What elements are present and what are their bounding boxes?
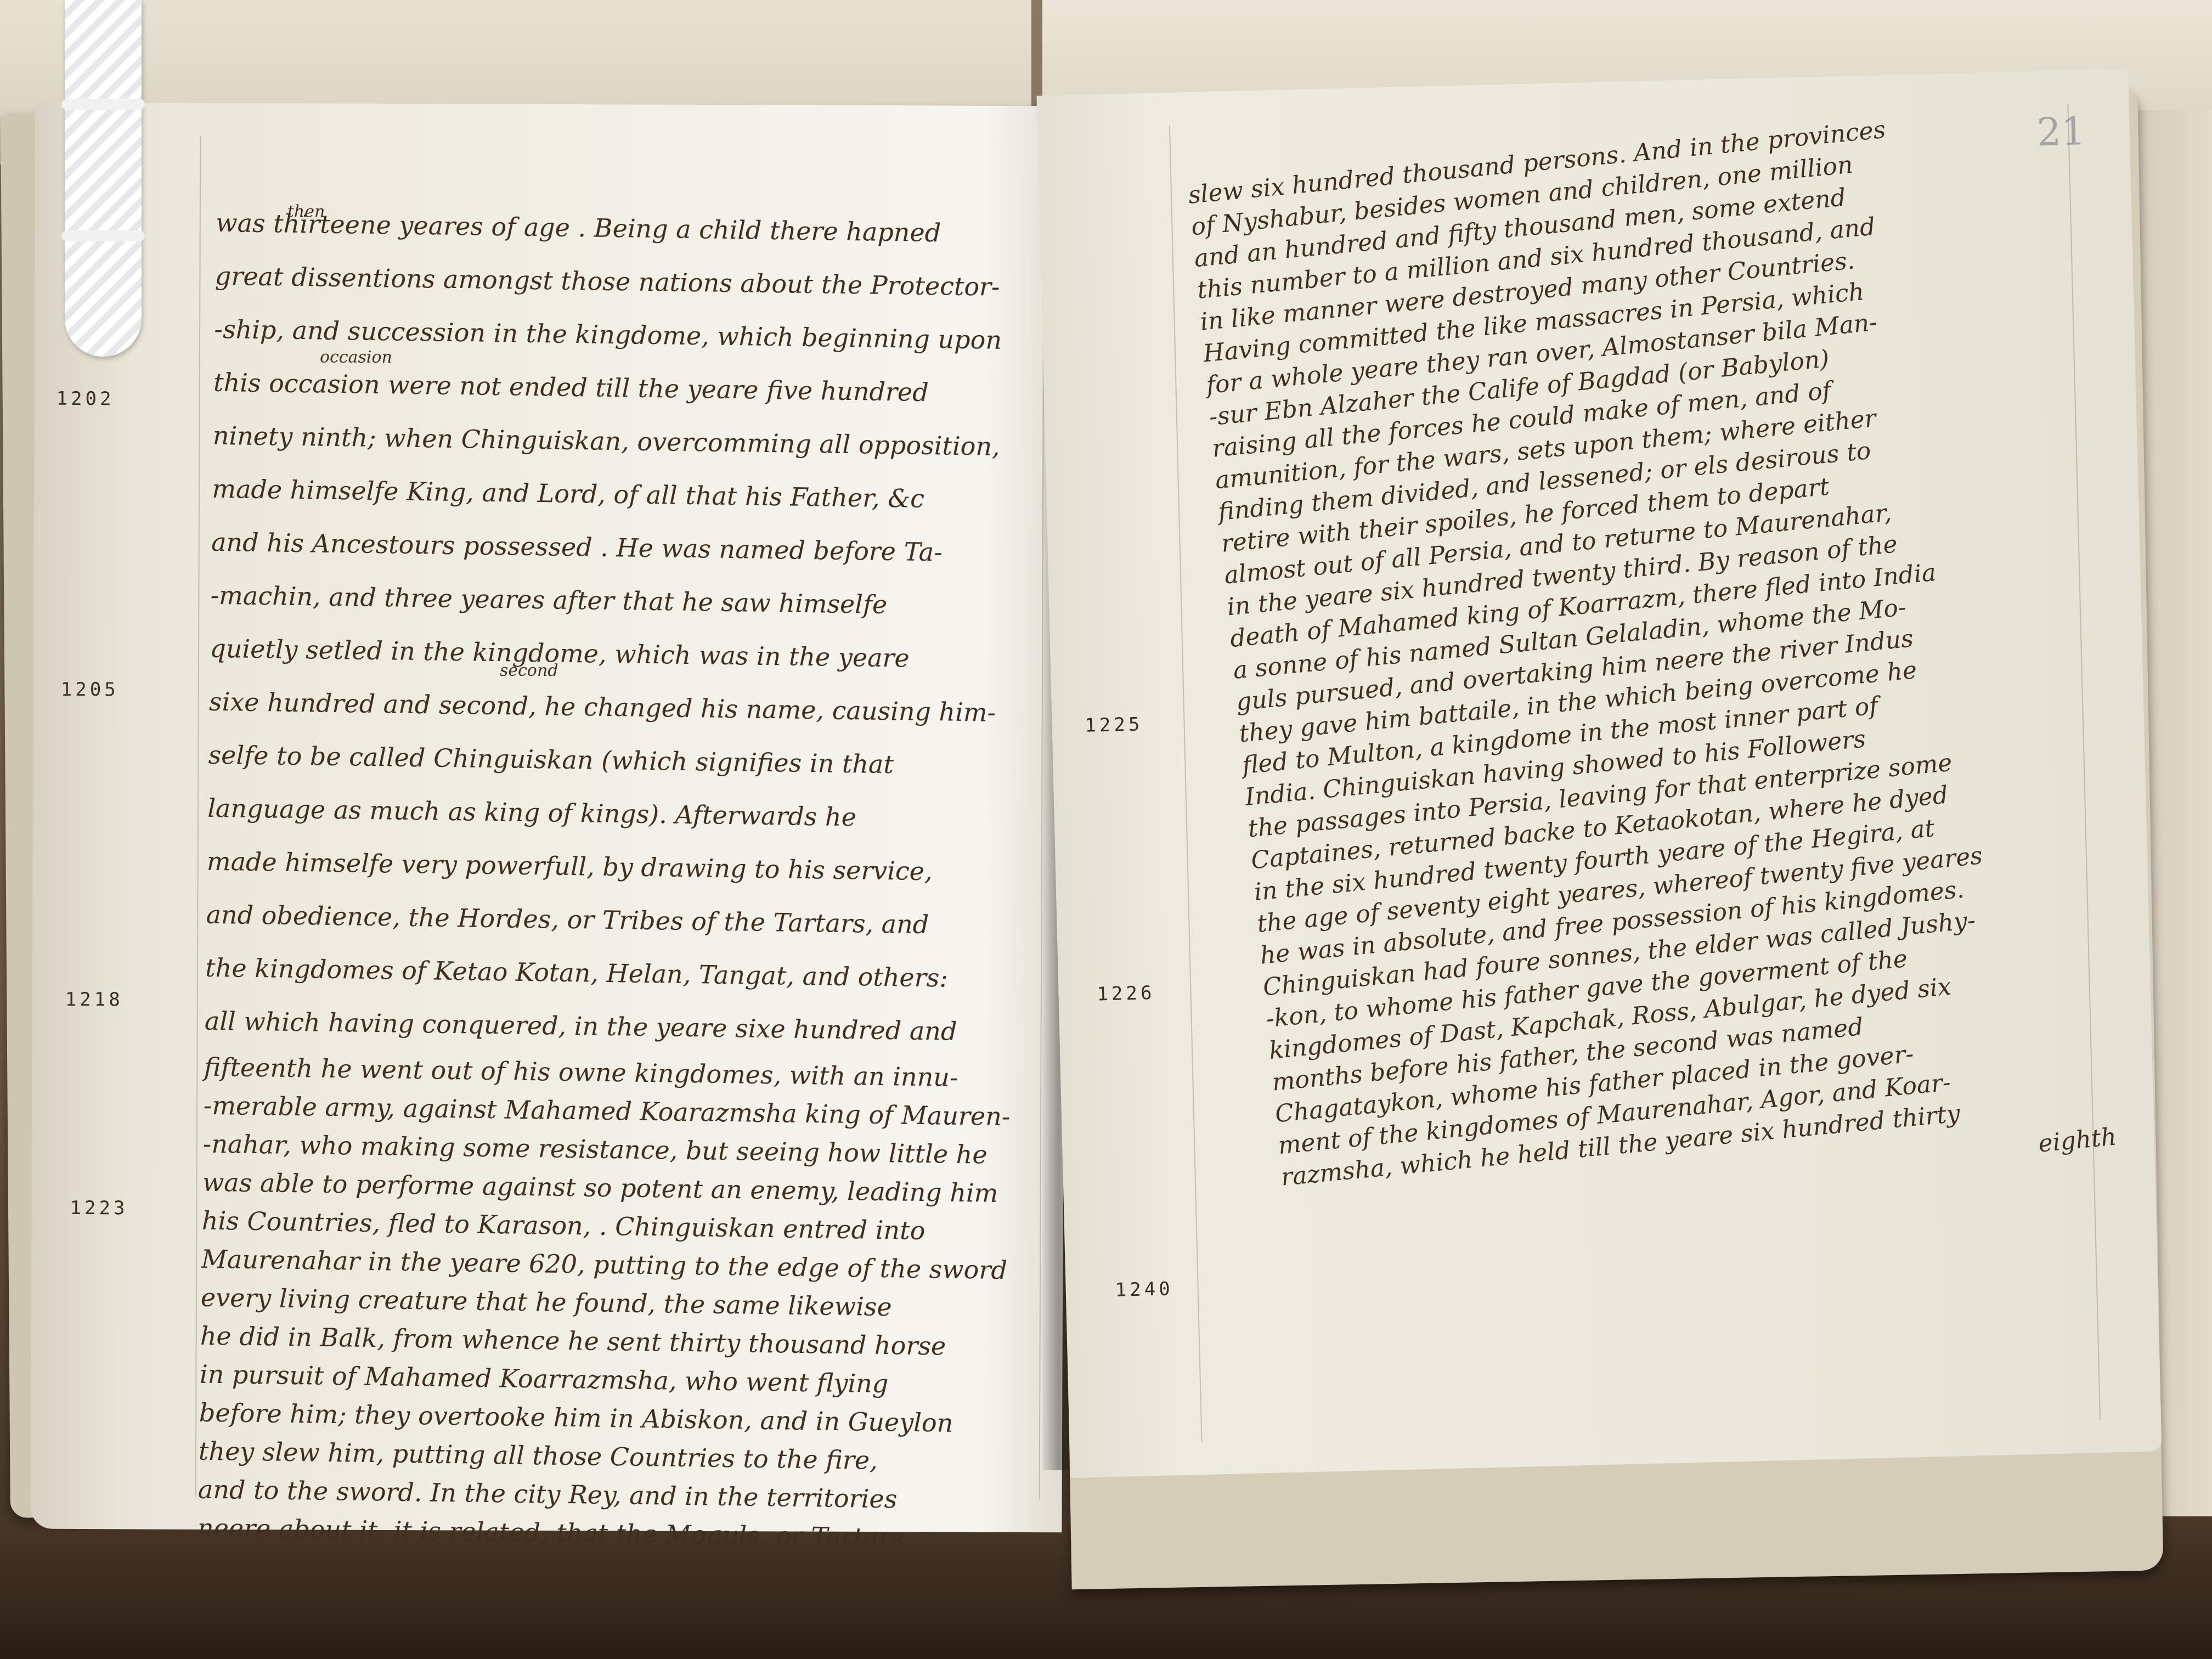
margin-year: 1205 (61, 679, 119, 701)
margin-year: 1240 (1115, 1278, 1173, 1301)
margin-year: 1202 (57, 388, 115, 410)
interlinear-insertion: second (500, 661, 558, 680)
right-page-text: slew six hundred thousand persons. And i… (1187, 94, 2193, 1238)
left-page-text: was thirteene yeares of age . Being a ch… (198, 196, 1028, 1558)
interlinear-insertion: occasion (320, 348, 392, 367)
margin-year: 1223 (70, 1197, 128, 1219)
right-page: 21 1225 1226 1240 slew six hundred thous… (1037, 69, 2162, 1478)
margin-year: 1225 (1085, 713, 1143, 737)
bookmark-ribbon (65, 0, 142, 357)
interlinear-insertion: then (287, 202, 325, 221)
left-page: 1202 1205 1218 1223 was thirteene yeares… (30, 103, 1066, 1533)
margin-year: 1218 (65, 989, 123, 1011)
margin-year: 1226 (1097, 982, 1155, 1006)
margin-rule (195, 136, 201, 1497)
margin-rule (1169, 126, 1203, 1442)
